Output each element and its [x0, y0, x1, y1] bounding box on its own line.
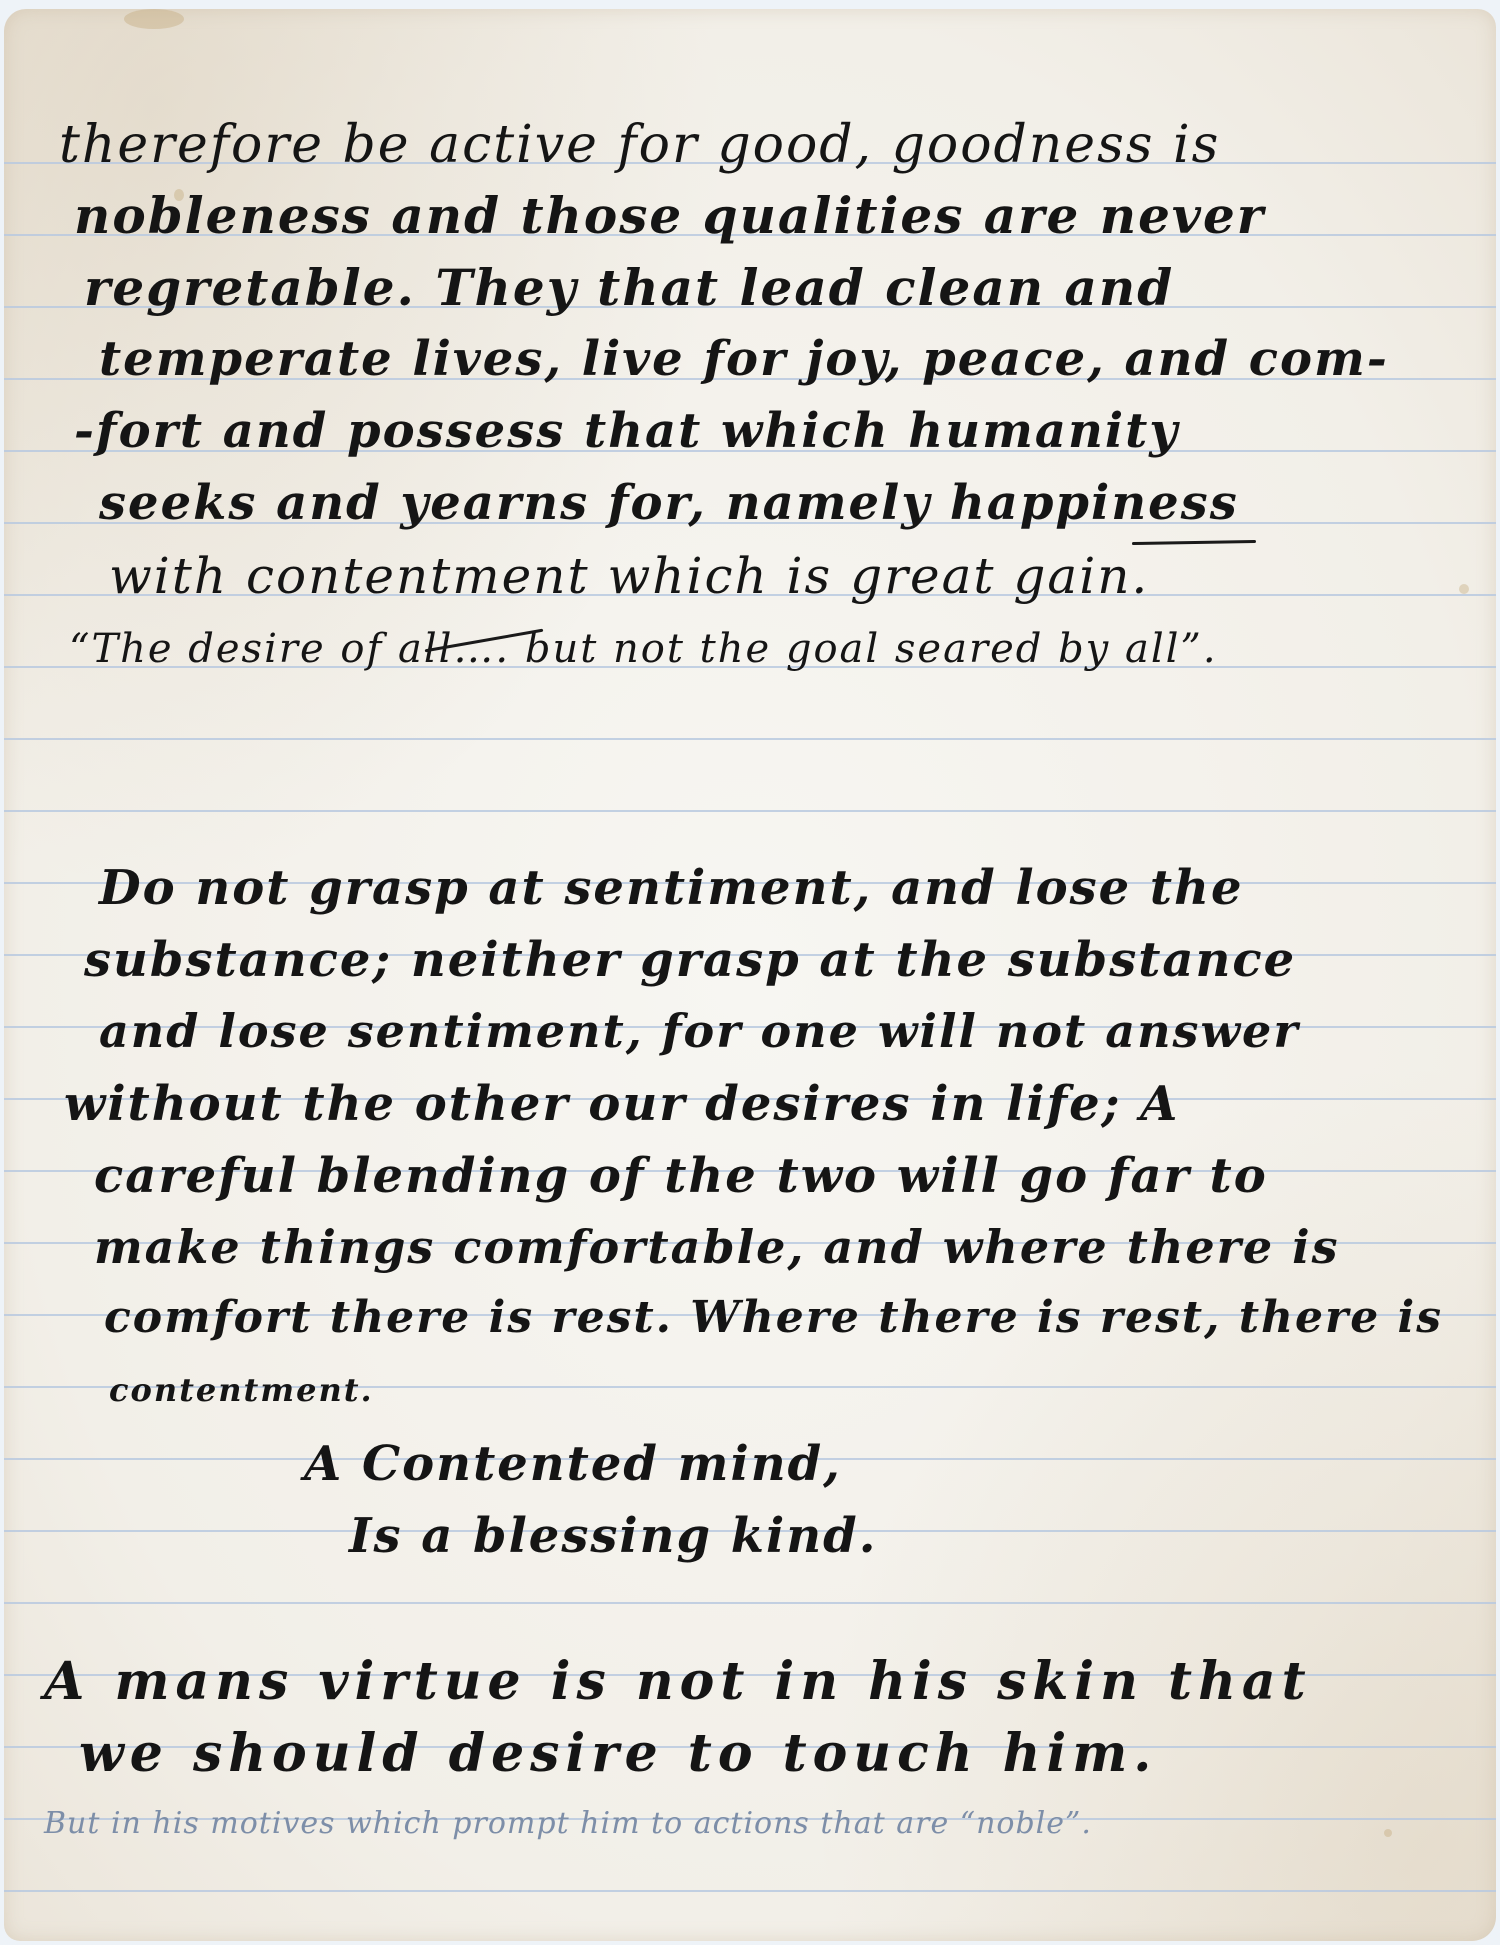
ruled-line — [4, 1602, 1496, 1604]
text-line: without the other our desires in life; A — [64, 1080, 1179, 1128]
paper-stain — [1459, 584, 1469, 594]
verse-line: A Contented mind, — [304, 1440, 842, 1488]
text-line: we should desire to touch him. — [79, 1728, 1157, 1780]
text-line: Do not grasp at sentiment, and lose the — [99, 864, 1243, 912]
ruled-line — [4, 738, 1496, 740]
pencil-note: But in his motives which prompt him to a… — [44, 1809, 1092, 1839]
underline-happiness — [1132, 540, 1256, 545]
scanned-page: therefore be active for good, goodness i… — [0, 0, 1500, 1945]
ruled-line — [4, 1890, 1496, 1892]
text-line: regretable. They that lead clean and — [84, 263, 1174, 313]
text-line: contentment. — [109, 1374, 374, 1406]
text-line: nobleness and those qualities are never — [74, 191, 1265, 241]
text-line: and lose sentiment, for one will not ans… — [99, 1008, 1300, 1054]
quoted-line: “The desire of all…. but not the goal se… — [69, 629, 1218, 669]
text-line: A mans virtue is not in his skin that — [44, 1656, 1312, 1708]
text-line: with contentment which is great gain. — [109, 551, 1149, 601]
paper-stain — [124, 9, 184, 29]
text-line: comfort there is rest. Where there is re… — [104, 1296, 1443, 1340]
text-line: temperate lives, live for joy, peace, an… — [99, 335, 1389, 383]
ruled-paper-sheet: therefore be active for good, goodness i… — [4, 9, 1496, 1941]
text-line: seeks and yearns for, namely happiness — [99, 479, 1239, 527]
verse-line: Is a blessing kind. — [349, 1512, 877, 1560]
text-line: substance; neither grasp at the substanc… — [84, 936, 1296, 984]
text-line: make things comfortable, and where there… — [94, 1224, 1339, 1270]
text-line: careful blending of the two will go far … — [94, 1152, 1268, 1200]
text-line: therefore be active for good, goodness i… — [59, 119, 1220, 171]
ruled-line — [4, 810, 1496, 812]
text-line: -fort and possess that which humanity — [74, 407, 1179, 455]
paper-stain — [1384, 1829, 1392, 1837]
